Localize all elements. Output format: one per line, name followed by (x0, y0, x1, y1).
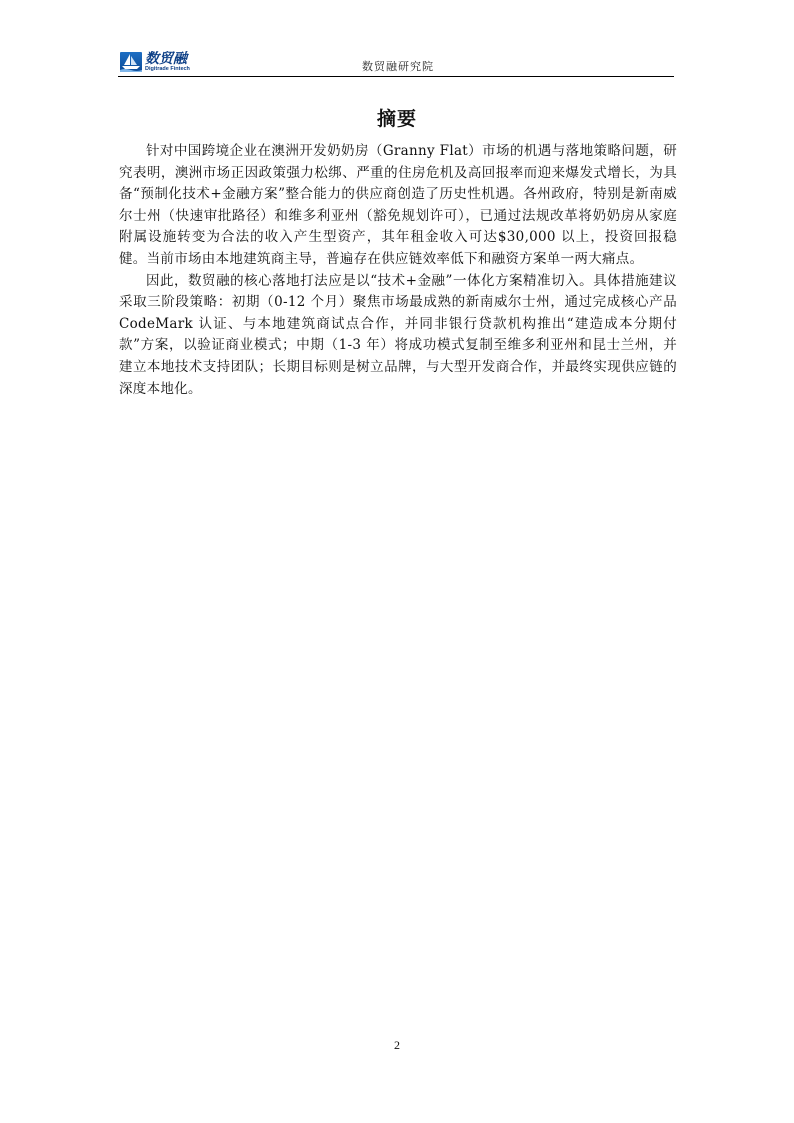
sailboat-logo-icon (120, 52, 142, 72)
abstract-paragraph: 针对中国跨境企业在澳洲开发奶奶房（Granny Flat）市场的机遇与落地策略问… (119, 141, 677, 271)
document-title: 摘要 (0, 104, 794, 131)
logo-name-cn: 数贸融 (145, 52, 190, 66)
header-title: 数贸融研究院 (362, 58, 434, 74)
page-header: 数贸融 Digitrade Fintech 数贸融研究院 (118, 48, 674, 78)
abstract-body: 针对中国跨境企业在澳洲开发奶奶房（Granny Flat）市场的机遇与落地策略问… (119, 141, 677, 400)
logo-name-en: Digitrade Fintech (145, 67, 190, 73)
header-divider (118, 76, 674, 77)
company-logo: 数贸融 Digitrade Fintech (120, 52, 200, 76)
abstract-paragraph: 因此，数贸融的核心落地打法应是以“技术+金融”一体化方案精准切入。具体措施建议采… (119, 271, 677, 401)
page-number: 2 (0, 1038, 794, 1053)
